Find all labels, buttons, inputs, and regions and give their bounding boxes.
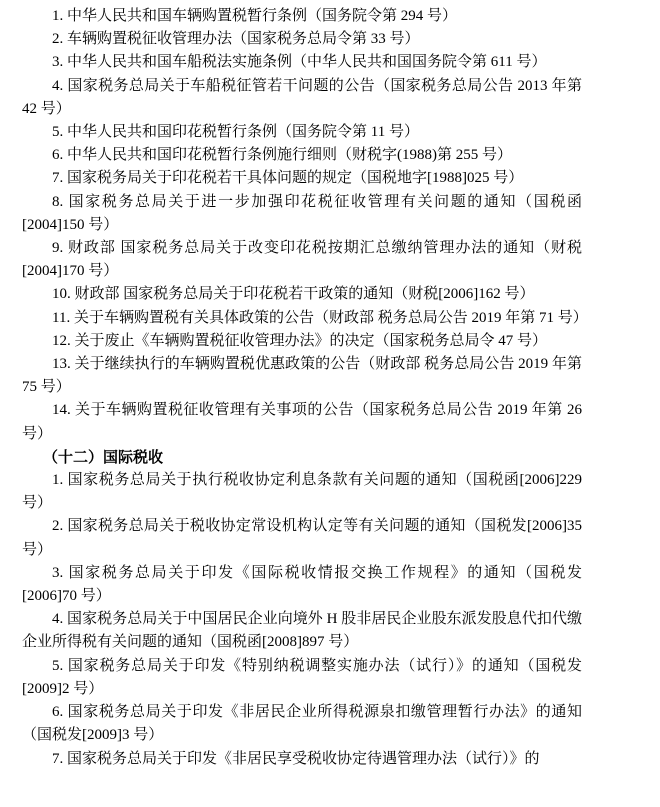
list-item: 9. 财政部 国家税务总局关于改变印花税按期汇总缴纳管理办法的通知（财税[200… [22, 237, 582, 283]
document-page: 1. 中华人民共和国车辆购置税暂行条例（国务院令第 294 号） 2. 车辆购置… [0, 0, 660, 807]
list-item: 4. 国家税务总局关于车船税征管若干问题的公告（国家税务总局公告 2013 年第… [22, 75, 582, 121]
list-item: 5. 国家税务总局关于印发《特别纳税调整实施办法（试行）》的通知（国税发[200… [22, 655, 582, 701]
list-item: 6. 国家税务总局关于印发《非居民企业所得税源泉扣缴管理暂行办法》的通知（国税发… [22, 701, 582, 747]
list-item: 7. 国家税务总局关于印发《非居民享受税收协定待遇管理办法（试行）》的 [22, 748, 582, 771]
list-item: 11. 关于车辆购置税有关具体政策的公告（财政部 税务总局公告 2019 年第 … [22, 307, 582, 330]
list-item: 3. 国家税务总局关于印发《国际税收情报交换工作规程》的通知（国税发[2006]… [22, 562, 582, 608]
list-item: 1. 国家税务总局关于执行税收协定利息条款有关问题的通知（国税函[2006]22… [22, 469, 582, 515]
document-content: 1. 中华人民共和国车辆购置税暂行条例（国务院令第 294 号） 2. 车辆购置… [22, 5, 582, 771]
list-item: 13. 关于继续执行的车辆购置税优惠政策的公告（财政部 税务总局公告 2019 … [22, 353, 582, 399]
list-item: 2. 车辆购置税征收管理办法（国家税务总局令第 33 号） [22, 28, 582, 51]
list-item: 2. 国家税务总局关于税收协定常设机构认定等有关问题的通知（国税发[2006]3… [22, 515, 582, 561]
list-item: 3. 中华人民共和国车船税法实施条例（中华人民共和国国务院令第 611 号） [22, 51, 582, 74]
list-item: 12. 关于废止《车辆购置税征收管理办法》的决定（国家税务总局令 47 号） [22, 330, 582, 353]
list-item: 5. 中华人民共和国印花税暂行条例（国务院令第 11 号） [22, 121, 582, 144]
section-heading: （十二）国际税收 [22, 446, 582, 469]
list-item: 6. 中华人民共和国印花税暂行条例施行细则（财税字(1988)第 255 号） [22, 144, 582, 167]
list-item: 10. 财政部 国家税务总局关于印花税若干政策的通知（财税[2006]162 号… [22, 283, 582, 306]
list-item: 14. 关于车辆购置税征收管理有关事项的公告（国家税务总局公告 2019 年第 … [22, 399, 582, 445]
list-item: 7. 国家税务局关于印花税若干具体问题的规定（国税地字[1988]025 号） [22, 167, 582, 190]
list-item: 8. 国家税务总局关于进一步加强印花税征收管理有关问题的通知（国税函[2004]… [22, 191, 582, 237]
list-item: 1. 中华人民共和国车辆购置税暂行条例（国务院令第 294 号） [22, 5, 582, 28]
list-item: 4. 国家税务总局关于中国居民企业向境外 H 股非居民企业股东派发股息代扣代缴企… [22, 608, 582, 654]
